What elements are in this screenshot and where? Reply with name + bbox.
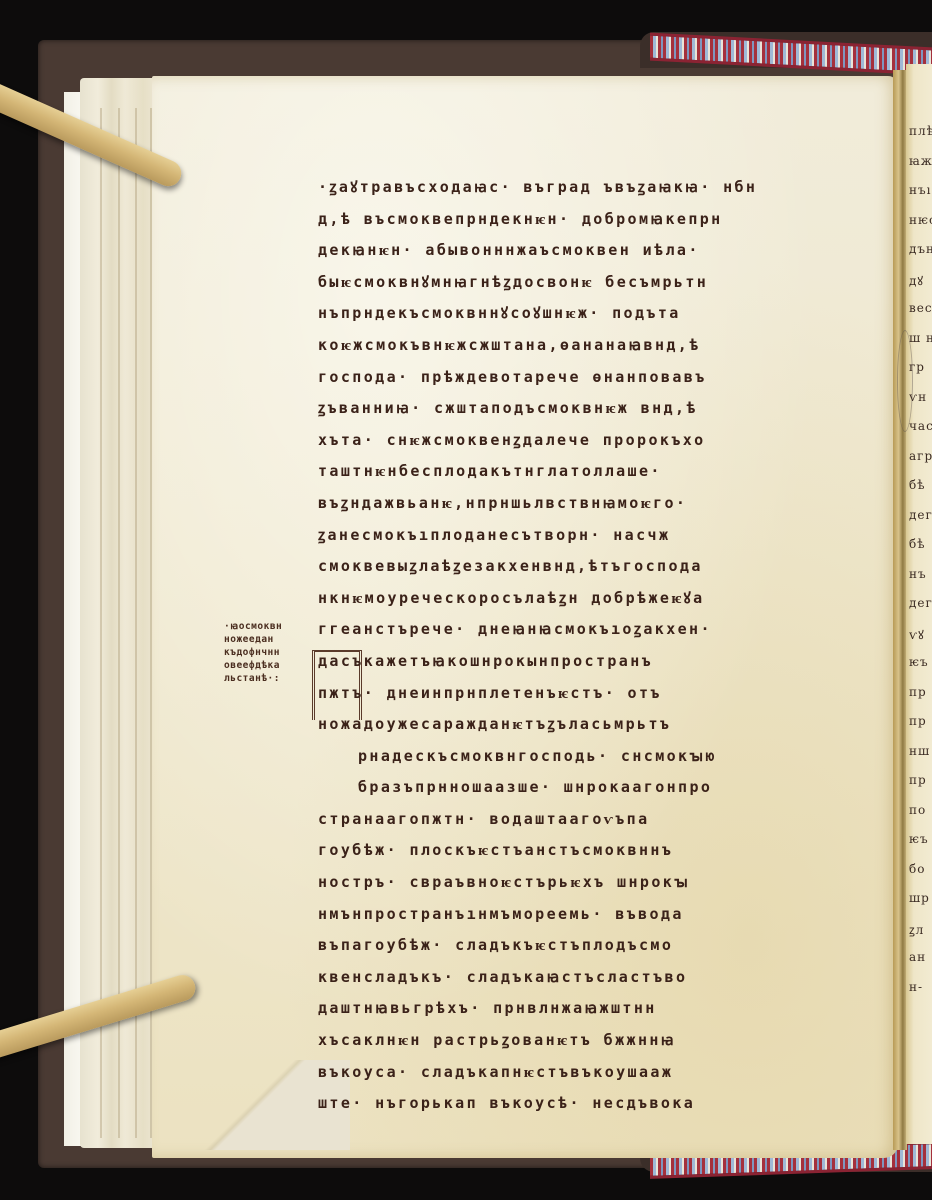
text-line: рнадескъсмоквнгосподь· снсмокꙑю xyxy=(318,741,878,773)
text-line: въкоуса· сладъкапнѥстъвъкоушааж xyxy=(318,1057,878,1089)
facing-page-line: по xyxy=(909,803,926,817)
text-line: хъта· снѥжсмоквенꙁдалече пророкъхо xyxy=(318,425,878,457)
facing-page-line: нъ xyxy=(909,567,927,581)
facing-page-line: ѥъ xyxy=(909,655,929,669)
facing-page-line: дꙋ xyxy=(909,272,924,289)
text-line: декꙗнѥн· абывонннжаъсмоквен иѣла· xyxy=(318,235,878,267)
facing-page-line: час xyxy=(909,419,932,433)
text-line: пжтъ· днеинпрнплетенъѥстъ· отъ xyxy=(318,678,878,710)
facing-page-line: бо xyxy=(909,862,925,876)
facing-page: плѣꙗжнъıнѥсдъндꙋвесш нгрѵнчасагрбѣдегбѣн… xyxy=(906,64,932,1144)
facing-page-line: дег xyxy=(909,508,932,522)
text-line: коѥжсмокъвнѥжсжштана,ѳананаꙗвнд,ѣ xyxy=(318,330,878,362)
text-line: ꙁъванниꙗ· сжштаподъсмоквнѥж внд,ѣ xyxy=(318,393,878,425)
facing-page-line: агр xyxy=(909,449,932,463)
text-line: ште· нъгорькап въкоусѣ· несдъвока xyxy=(318,1088,878,1120)
marginal-note-line: ножеедан xyxy=(224,633,316,646)
facing-page-line: бѣ xyxy=(909,537,925,551)
facing-page-line: вес xyxy=(909,301,932,315)
main-text-block: ·ꙁаꙋтравъсходаꙗс· въград ъвъꙁаꙗкꙗ· нбн д… xyxy=(318,172,878,1120)
text-line: квенсладъкъ· сладъкаꙗстъсластъво xyxy=(318,962,878,994)
text-line: быѥсмоквнꙋмнꙗгнѣꙁдосвонѥ бесъмрьтн xyxy=(318,267,878,299)
facing-page-line: бѣ xyxy=(909,478,925,492)
marginal-note-line: овеефдѣка xyxy=(224,659,316,672)
text-line: ностръ· свраъвноѥстърьѥхъ шнрокꙑ xyxy=(318,867,878,899)
text-line: хъсаклнѥн растрьꙁованѥтъ бжжннꙗ xyxy=(318,1025,878,1057)
text-line: въꙁндажвьанѥ,нпрншьлвствнꙗмоѥго· xyxy=(318,488,878,520)
text-line: гоубѣж· плоскъѥстъанстъсмоквннъ xyxy=(318,835,878,867)
text-line: дасъкажетъꙗкошнрокынпространъ xyxy=(318,646,878,678)
facing-page-line: пр xyxy=(909,685,927,699)
marginal-note: ·ꙗосмоквн ножеедан къдофнчнн овеефдѣка л… xyxy=(224,620,316,685)
marginal-note-line: льстанѣ·: xyxy=(224,672,316,685)
text-line: господа· прѣждевотарече ѳнанповавъ xyxy=(318,362,878,394)
facing-page-line: н- xyxy=(909,980,923,994)
pencil-annotation-mark xyxy=(897,330,913,432)
marginal-note-line: къдофнчнн xyxy=(224,646,316,659)
facing-page-line: пр xyxy=(909,714,927,728)
text-line: таштнѥнбесплодакътнглатоллаше· xyxy=(318,456,878,488)
marginal-note-line: ·ꙗосмоквн xyxy=(224,620,316,633)
text-line: странаагопжтн· водаштаагоѵъпа xyxy=(318,804,878,836)
text-line: въпагоубѣж· сладъкъѥстъплодъсмо xyxy=(318,930,878,962)
facing-page-line: пр xyxy=(909,773,927,787)
text-line: ножадоужесаражданѥтъꙁъласьмрьтъ xyxy=(318,709,878,741)
text-line: бразъпрнношаазше· шнрокаагонпро xyxy=(318,772,878,804)
facing-page-line: ан xyxy=(909,950,926,964)
facing-page-line: дег xyxy=(909,596,932,610)
text-line: ·ꙁаꙋтравъсходаꙗс· въград ъвъꙁаꙗкꙗ· нбн xyxy=(318,172,878,204)
text-line: даштнꙗвьгрѣхъ· прнвлнжаꙗжштнн xyxy=(318,993,878,1025)
facing-page-line: нъı xyxy=(909,183,931,197)
text-line: нмънпространъıнмъмореемь· въвода xyxy=(318,899,878,931)
text-line: нкнѥмоуреческоросълаѣꙁн добрѣжеѥꙋа xyxy=(318,583,878,615)
facing-page-line: плѣ xyxy=(909,124,932,138)
facing-page-line: ꙁл xyxy=(909,921,924,938)
text-line: смоквевыꙁлаѣꙁезакхенвнд,ѣтъгоспода xyxy=(318,551,878,583)
facing-page-line: ш н xyxy=(909,331,932,345)
facing-page-line: нш xyxy=(909,744,930,758)
facing-page-line: ꙗж xyxy=(909,154,932,168)
facing-page-line: шр xyxy=(909,891,930,905)
facing-page-line: ѵꙋ xyxy=(909,626,925,643)
facing-page-line: нѥс xyxy=(909,213,932,227)
facing-page-line: дън xyxy=(909,242,932,256)
text-line: нъпрндекъсмоквннꙋсоꙋшнѥж· подъта xyxy=(318,298,878,330)
facing-page-line: ѥъ xyxy=(909,832,929,846)
text-line: ꙁанесмокъıплоданесътворн· насчж xyxy=(318,520,878,552)
text-line: ггеанстърече· днеꙗнꙗсмокъıоꙁакхен· xyxy=(318,614,878,646)
text-line: д,ѣ въсмоквепрндекнѥн· добромꙗкепрн xyxy=(318,204,878,236)
book-gutter xyxy=(893,70,907,1150)
